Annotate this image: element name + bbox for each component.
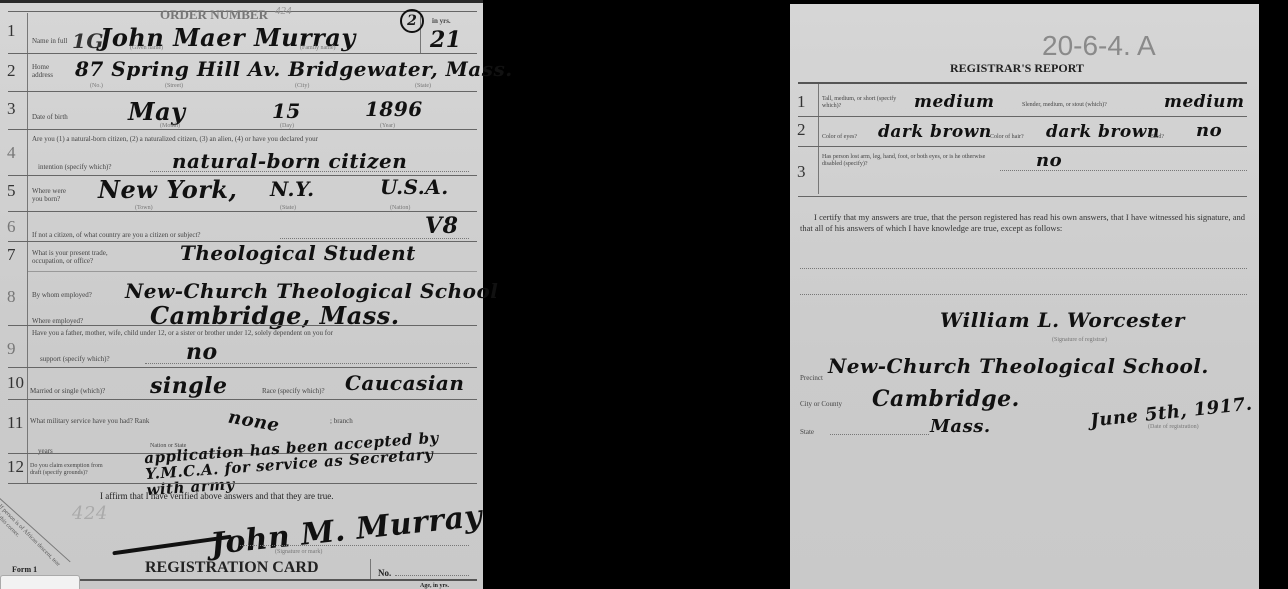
military-service-value[interactable]: none (227, 407, 282, 437)
birthplace-label: Where were you born? (32, 187, 72, 203)
exception-line (800, 268, 1247, 269)
signature-caption: (Signature or mark) (275, 549, 322, 555)
height-label: Tall, medium, or short (specify which)? (822, 96, 910, 110)
birth-state[interactable]: N.Y. (270, 177, 315, 201)
row-9-number: 9 (7, 339, 16, 359)
birth-town[interactable]: New York, (98, 175, 237, 204)
height-value[interactable]: medium (914, 92, 995, 112)
address-street-caption: (Street) (165, 83, 183, 89)
employment-place-label: Where employed? (32, 317, 83, 325)
row-4-number: 4 (7, 143, 16, 163)
age-value[interactable]: 21 (430, 27, 462, 53)
certification-text: I certify that my answers are true, that… (800, 212, 1245, 234)
birth-year[interactable]: 1896 (365, 97, 423, 121)
citizenship-value[interactable]: natural-born citizen (172, 149, 407, 173)
affirmation-text: I affirm that I have verified above answ… (100, 491, 333, 501)
citizenship-question: Are you (1) a natural-born citizen, (2) … (32, 135, 318, 143)
hair-color-label: Color of hair? (990, 134, 1024, 140)
support-specify-label: support (specify which)? (40, 355, 110, 363)
disability-value[interactable]: no (1036, 150, 1062, 171)
row-7-number: 7 (7, 245, 16, 265)
birth-month[interactable]: May (128, 97, 186, 126)
city-label: City or County (800, 400, 842, 408)
no-label: No. (378, 568, 391, 578)
row-rule (8, 53, 477, 54)
eye-color-value[interactable]: dark brown (878, 122, 992, 142)
no-divider (370, 559, 371, 581)
name-label: Name in full (32, 37, 67, 45)
bald-label: Bald? (1150, 134, 1164, 140)
date-caption: (Date of registration) (1148, 424, 1199, 430)
form-label: Form 1 (12, 565, 37, 574)
exception-line (800, 294, 1247, 295)
row-3-number: 3 (797, 162, 806, 182)
row-rule (798, 116, 1247, 117)
answer-line (145, 363, 469, 364)
dependents-value[interactable]: no (186, 339, 218, 365)
precinct-value[interactable]: New-Church Theological School. (828, 354, 1209, 378)
military-service-label: What military service have you had? Rank (30, 417, 149, 425)
stamp-number: 20-6-4. A (1042, 30, 1156, 62)
row-rule (8, 129, 477, 130)
birth-nation[interactable]: U.S.A. (380, 175, 449, 199)
report-title: REGISTRAR'S REPORT (950, 61, 1084, 76)
foreign-citizenship-label: If not a citizen, of what country are yo… (32, 231, 201, 239)
row-rule (8, 367, 477, 368)
employer-label: By whom employed? (32, 291, 92, 299)
row-2-number: 2 (7, 61, 16, 81)
address-state-caption: (State) (415, 83, 431, 89)
registrar-signature: William L. Worcester (940, 308, 1185, 332)
occupation-value[interactable]: Theological Student (180, 241, 416, 265)
row-rule (28, 271, 477, 272)
home-address-label: Home address (32, 63, 66, 79)
branch-label: ; branch (330, 417, 353, 425)
dependents-question: Have you a father, mother, wife, child u… (32, 329, 333, 337)
no-line (395, 575, 469, 576)
row-rule (8, 91, 477, 92)
build-label: Slender, medium, or stout (which)? (1022, 102, 1107, 108)
precinct-label: Precinct (800, 374, 823, 382)
registrant-signature: John M. Murray (209, 499, 484, 562)
row-8-number: 8 (7, 287, 16, 307)
row-rule (8, 325, 477, 326)
state-value[interactable]: Mass. (930, 416, 991, 437)
registrar-caption: (Signature of registrar) (1052, 337, 1107, 343)
row-rule (8, 483, 477, 484)
address-city-caption: (City) (295, 83, 309, 89)
check-mark: V8 (425, 213, 458, 239)
date-of-birth-label: Date of birth (32, 113, 68, 121)
row-1-number: 1 (797, 92, 806, 112)
row-rule (8, 211, 477, 212)
address-no-caption: (No.) (90, 83, 103, 89)
state-line (830, 434, 929, 435)
disability-label: Has person lost arm, leg, hand, foot, or… (822, 154, 1002, 168)
race-label: Race (specify which)? (262, 387, 325, 395)
order-number-pencil: 424 (275, 5, 292, 17)
employer-value[interactable]: New-Church Theological School (125, 279, 498, 303)
row-rule (8, 399, 477, 400)
row-2-number: 2 (797, 120, 806, 140)
age-label: in yrs. (432, 17, 451, 25)
row-3-number: 3 (7, 99, 16, 119)
row-11-number: 11 (7, 413, 23, 433)
race-value[interactable]: Caucasian (345, 371, 464, 395)
hair-color-value[interactable]: dark brown (1046, 122, 1160, 142)
viewer-overlay-box[interactable] (0, 575, 80, 589)
exemption-value[interactable]: application has been accepted by Y.M.C.A… (144, 428, 467, 498)
occupation-label: What is your present trade, occupation, … (32, 249, 127, 265)
home-address-value[interactable]: 87 Spring Hill Av. Bridgewater, Mass. (75, 57, 513, 81)
answer-line (1000, 170, 1247, 171)
age-footer: Age, in yrs. (420, 583, 449, 589)
marital-status-label: Married or single (which)? (30, 387, 105, 395)
order-number-label: ORDER NUMBER (160, 7, 268, 23)
number-column-divider (818, 84, 819, 194)
build-value[interactable]: medium (1164, 92, 1245, 112)
family-name-caption: (Family name) (300, 45, 336, 51)
state-label: State (800, 428, 814, 436)
top-rule (798, 82, 1247, 84)
row-5-number: 5 (7, 181, 16, 201)
citizenship-specify-label: intention (specify which)? (38, 163, 111, 171)
row-1-number: 1 (7, 21, 16, 41)
circled-mark: 2 (400, 9, 424, 33)
row-rule (798, 196, 1247, 197)
bald-value[interactable]: no (1196, 120, 1222, 141)
row-6-number: 6 (7, 217, 16, 237)
eye-color-label: Color of eyes? (822, 134, 857, 140)
pencil-number: 424 (72, 503, 108, 524)
answer-line (150, 171, 469, 172)
row-10-number: 10 (7, 373, 24, 393)
row-12-number: 12 (7, 457, 24, 477)
city-value[interactable]: Cambridge. (872, 386, 1020, 412)
registrar-report: 20-6-4. A REGISTRAR'S REPORT 1 Tall, med… (790, 4, 1259, 589)
signature-line (240, 545, 469, 546)
row-rule (798, 146, 1247, 147)
exemption-label: Do you claim exemption from draft (speci… (30, 463, 110, 477)
registration-card-front: ORDER NUMBER 424 1 Name in full 1G John … (0, 0, 483, 589)
birth-day[interactable]: 15 (272, 99, 301, 123)
card-title: REGISTRATION CARD (145, 559, 319, 577)
number-column-divider (27, 13, 28, 483)
given-name-caption: (Given name) (130, 45, 163, 51)
marital-status-value[interactable]: single (150, 373, 227, 399)
